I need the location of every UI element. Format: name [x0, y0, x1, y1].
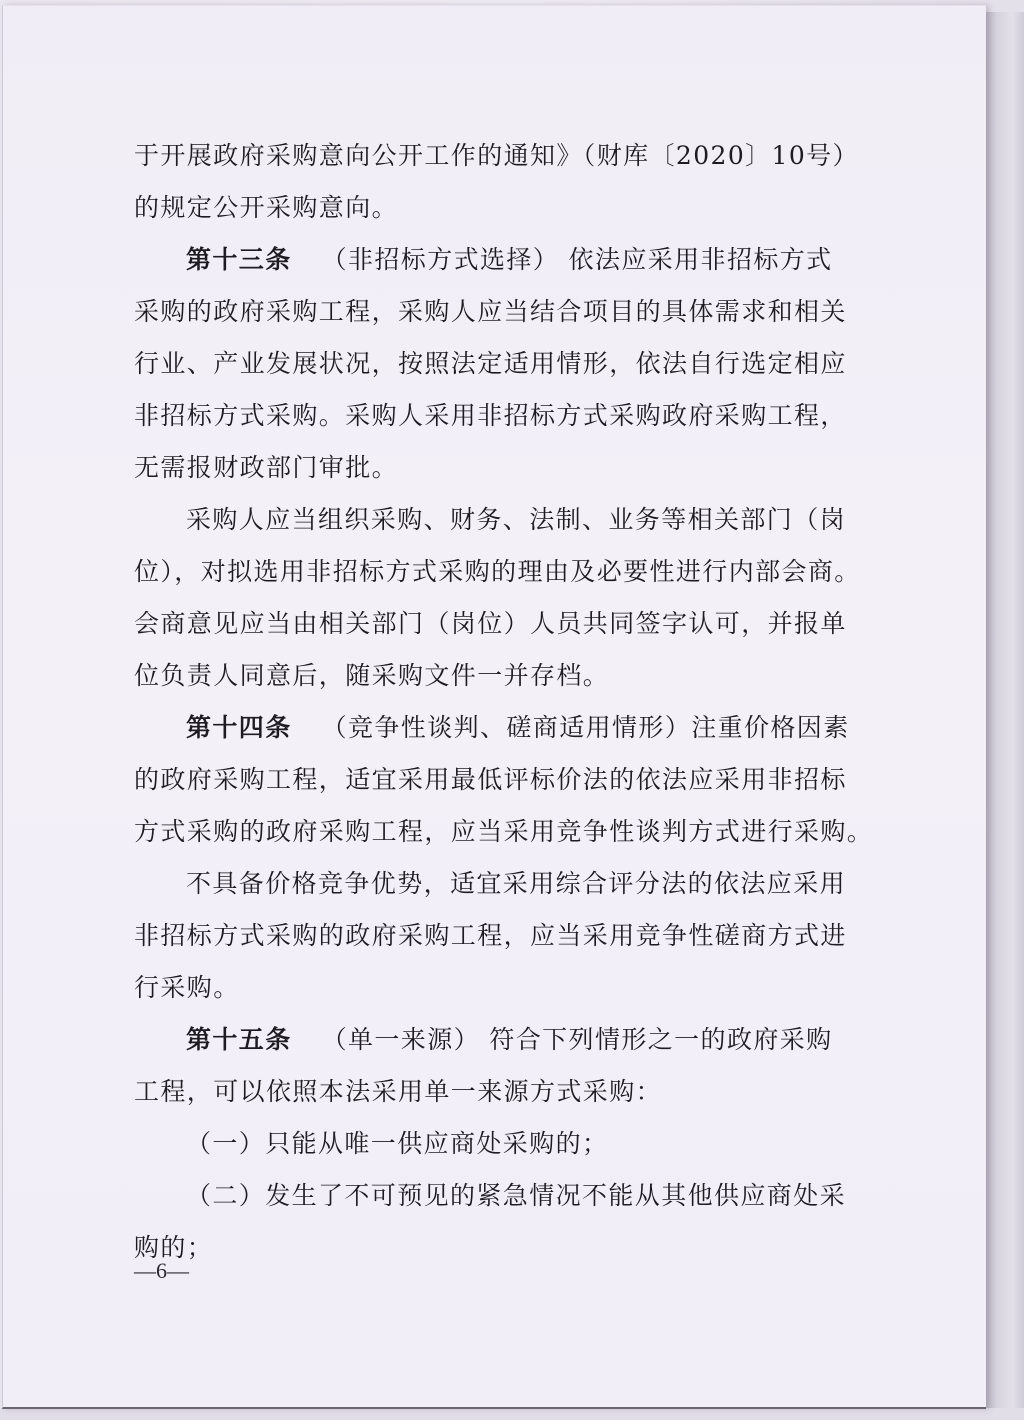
article-text: （单一来源） 符合下列情形之一的政府采购: [322, 1025, 833, 1054]
article-number: 第十四条: [186, 713, 292, 742]
scanner-edge-shadow: [985, 12, 1024, 1408]
article-number: 第十五条: [186, 1025, 292, 1054]
article-14-heading-line: 第十四条（竞争性谈判、磋商适用情形）注重价格因素: [186, 711, 850, 745]
text-line: 于开展政府采购意向公开工作的通知》（财库〔2020〕10号）: [134, 139, 859, 173]
text-line: 方式采购的政府采购工程，应当采用竞争性谈判方式进行采购。: [134, 815, 873, 849]
article-number: 第十三条: [186, 245, 292, 274]
article-text: （竞争性谈判、磋商适用情形）注重价格因素: [322, 713, 850, 742]
list-item: （一）只能从唯一供应商处采购的；: [186, 1127, 608, 1161]
page-number: —6—: [134, 1258, 189, 1284]
text-line: 工程，可以依照本法采用单一来源方式采购：: [134, 1075, 662, 1109]
article-13-heading-line: 第十三条（非招标方式选择） 依法应采用非招标方式: [186, 243, 833, 277]
text-line: 非招标方式采购。采购人采用非招标方式采购政府采购工程，: [134, 399, 847, 433]
article-text: （非招标方式选择） 依法应采用非招标方式: [322, 245, 833, 274]
text-line: 行业、产业发展状况，按照法定适用情形，依法自行选定相应: [134, 347, 847, 381]
text-line: 的政府采购工程，适宜采用最低评标价法的依法应采用非招标: [134, 763, 847, 797]
scanner-bottom-margin: [0, 1408, 1024, 1420]
text-line: 行采购。: [134, 971, 240, 1005]
text-line: 采购人应当组织采购、财务、法制、业务等相关部门（岗: [186, 503, 846, 537]
text-line: 的规定公开采购意向。: [134, 191, 398, 225]
text-line: 非招标方式采购的政府采购工程，应当采用竞争性磋商方式进: [134, 919, 847, 953]
text-line: 不具备价格竞争优势，适宜采用综合评分法的依法应采用: [186, 867, 846, 901]
article-15-heading-line: 第十五条（单一来源） 符合下列情形之一的政府采购: [186, 1023, 833, 1057]
text-line: 位负责人同意后，随采购文件一并存档。: [134, 659, 609, 693]
document-page: 于开展政府采购意向公开工作的通知》（财库〔2020〕10号） 的规定公开采购意向…: [2, 5, 986, 1409]
text-line: 无需报财政部门审批。: [134, 451, 398, 485]
list-item: （二）发生了不可预见的紧急情况不能从其他供应商处采: [186, 1179, 846, 1213]
text-line: 会商意见应当由相关部门（岗位）人员共同签字认可，并报单: [134, 607, 847, 641]
text-line: 位），对拟选用非招标方式采购的理由及必要性进行内部会商。: [134, 555, 861, 589]
text-line: 采购的政府采购工程，采购人应当结合项目的具体需求和相关: [134, 295, 847, 329]
